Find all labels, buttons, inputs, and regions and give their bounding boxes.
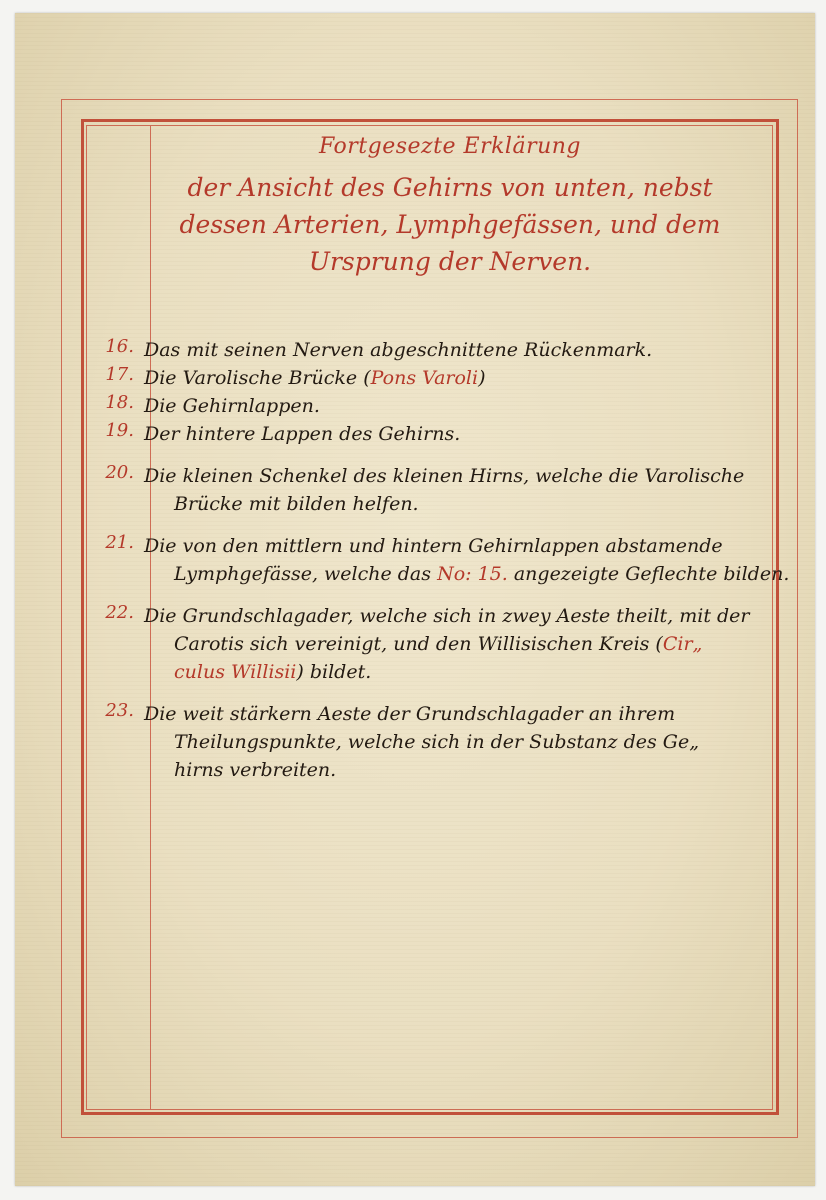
latin-term: Pons Varoli	[371, 367, 478, 389]
entry-spacer	[100, 686, 770, 700]
title-line: Ursprung der Nerven.	[160, 243, 740, 280]
title-line: dessen Arterien, Lymphgefässen, und dem	[160, 206, 740, 243]
entry-line: Das mit seinen Nerven abgeschnittene Rüc…	[144, 336, 770, 364]
entry-text: Die Grundschlagader, welche sich in zwey…	[144, 605, 750, 627]
entry-number: 23.	[100, 700, 134, 721]
entry-spacer	[100, 448, 770, 462]
list-item: 19.Der hintere Lappen des Gehirns.	[100, 420, 770, 448]
entry-line: Die kleinen Schenkel des kleinen Hirns, …	[144, 462, 770, 490]
entry-text: Die Gehirnlappen.	[144, 395, 320, 417]
latin-term: Cir„	[663, 633, 703, 655]
entry-text-after: )	[478, 367, 485, 389]
entry-spacer	[100, 588, 770, 602]
list-item: 22.Die Grundschlagader, welche sich in z…	[100, 602, 770, 686]
entry-number: 21.	[100, 532, 134, 553]
latin-term: No: 15.	[437, 563, 508, 585]
entry-line: Theilungspunkte, welche sich in der Subs…	[144, 728, 770, 756]
entry-text: Die Varolische Brücke (	[144, 367, 371, 389]
entry-text: Das mit seinen Nerven abgeschnittene Rüc…	[144, 339, 652, 361]
entry-text: Lymphgefässe, welche das	[174, 563, 437, 585]
entry-spacer	[100, 518, 770, 532]
list-item: 20.Die kleinen Schenkel des kleinen Hirn…	[100, 462, 770, 518]
entry-line: hirns verbreiten.	[144, 756, 770, 784]
entry-text: Der hintere Lappen des Gehirns.	[144, 423, 460, 445]
entry-line: Carotis sich vereinigt, und den Willisis…	[144, 630, 770, 658]
entry-number: 20.	[100, 462, 134, 483]
entry-number: 17.	[100, 364, 134, 385]
entry-number: 22.	[100, 602, 134, 623]
list-item: 16.Das mit seinen Nerven abgeschnittene …	[100, 336, 770, 364]
entry-text-after: ) bildet.	[296, 661, 371, 683]
entry-text: Die kleinen Schenkel des kleinen Hirns, …	[144, 465, 744, 487]
entry-text: hirns verbreiten.	[174, 759, 336, 781]
entry-number: 16.	[100, 336, 134, 357]
entry-text: Carotis sich vereinigt, und den Willisis…	[174, 633, 663, 655]
title-line: der Ansicht des Gehirns von unten, nebst	[160, 169, 740, 206]
page-title: Fortgesezte Erklärung der Ansicht des Ge…	[160, 125, 740, 280]
entry-text: Brücke mit bilden helfen.	[174, 493, 419, 515]
list-item: 17.Die Varolische Brücke (Pons Varoli)	[100, 364, 770, 392]
entry-line: Die Grundschlagader, welche sich in zwey…	[144, 602, 770, 630]
latin-term: culus Willisii	[174, 661, 296, 683]
entry-line: Brücke mit bilden helfen.	[144, 490, 770, 518]
list-item: 18.Die Gehirnlappen.	[100, 392, 770, 420]
list-item: 23.Die weit stärkern Aeste der Grundschl…	[100, 700, 770, 784]
entry-text: Theilungspunkte, welche sich in der Subs…	[174, 731, 699, 753]
entry-text-after: angezeigte Geflechte bilden.	[508, 563, 790, 585]
entry-text: Die von den mittlern und hintern Gehirnl…	[144, 535, 723, 557]
entry-line: Die weit stärkern Aeste der Grundschlaga…	[144, 700, 770, 728]
entry-number: 19.	[100, 420, 134, 441]
entry-text: Die weit stärkern Aeste der Grundschlaga…	[144, 703, 675, 725]
entry-line: Die von den mittlern und hintern Gehirnl…	[144, 532, 770, 560]
entry-line: Die Gehirnlappen.	[144, 392, 770, 420]
entry-line: Der hintere Lappen des Gehirns.	[144, 420, 770, 448]
entry-line: Die Varolische Brücke (Pons Varoli)	[144, 364, 770, 392]
entry-line: Lymphgefässe, welche das No: 15. angezei…	[144, 560, 770, 588]
entry-line: culus Willisii) bildet.	[144, 658, 770, 686]
list-item: 21.Die von den mittlern und hintern Gehi…	[100, 532, 770, 588]
title-line: Fortgesezte Erklärung	[160, 125, 740, 169]
entry-list: 16.Das mit seinen Nerven abgeschnittene …	[100, 336, 770, 784]
entry-number: 18.	[100, 392, 134, 413]
